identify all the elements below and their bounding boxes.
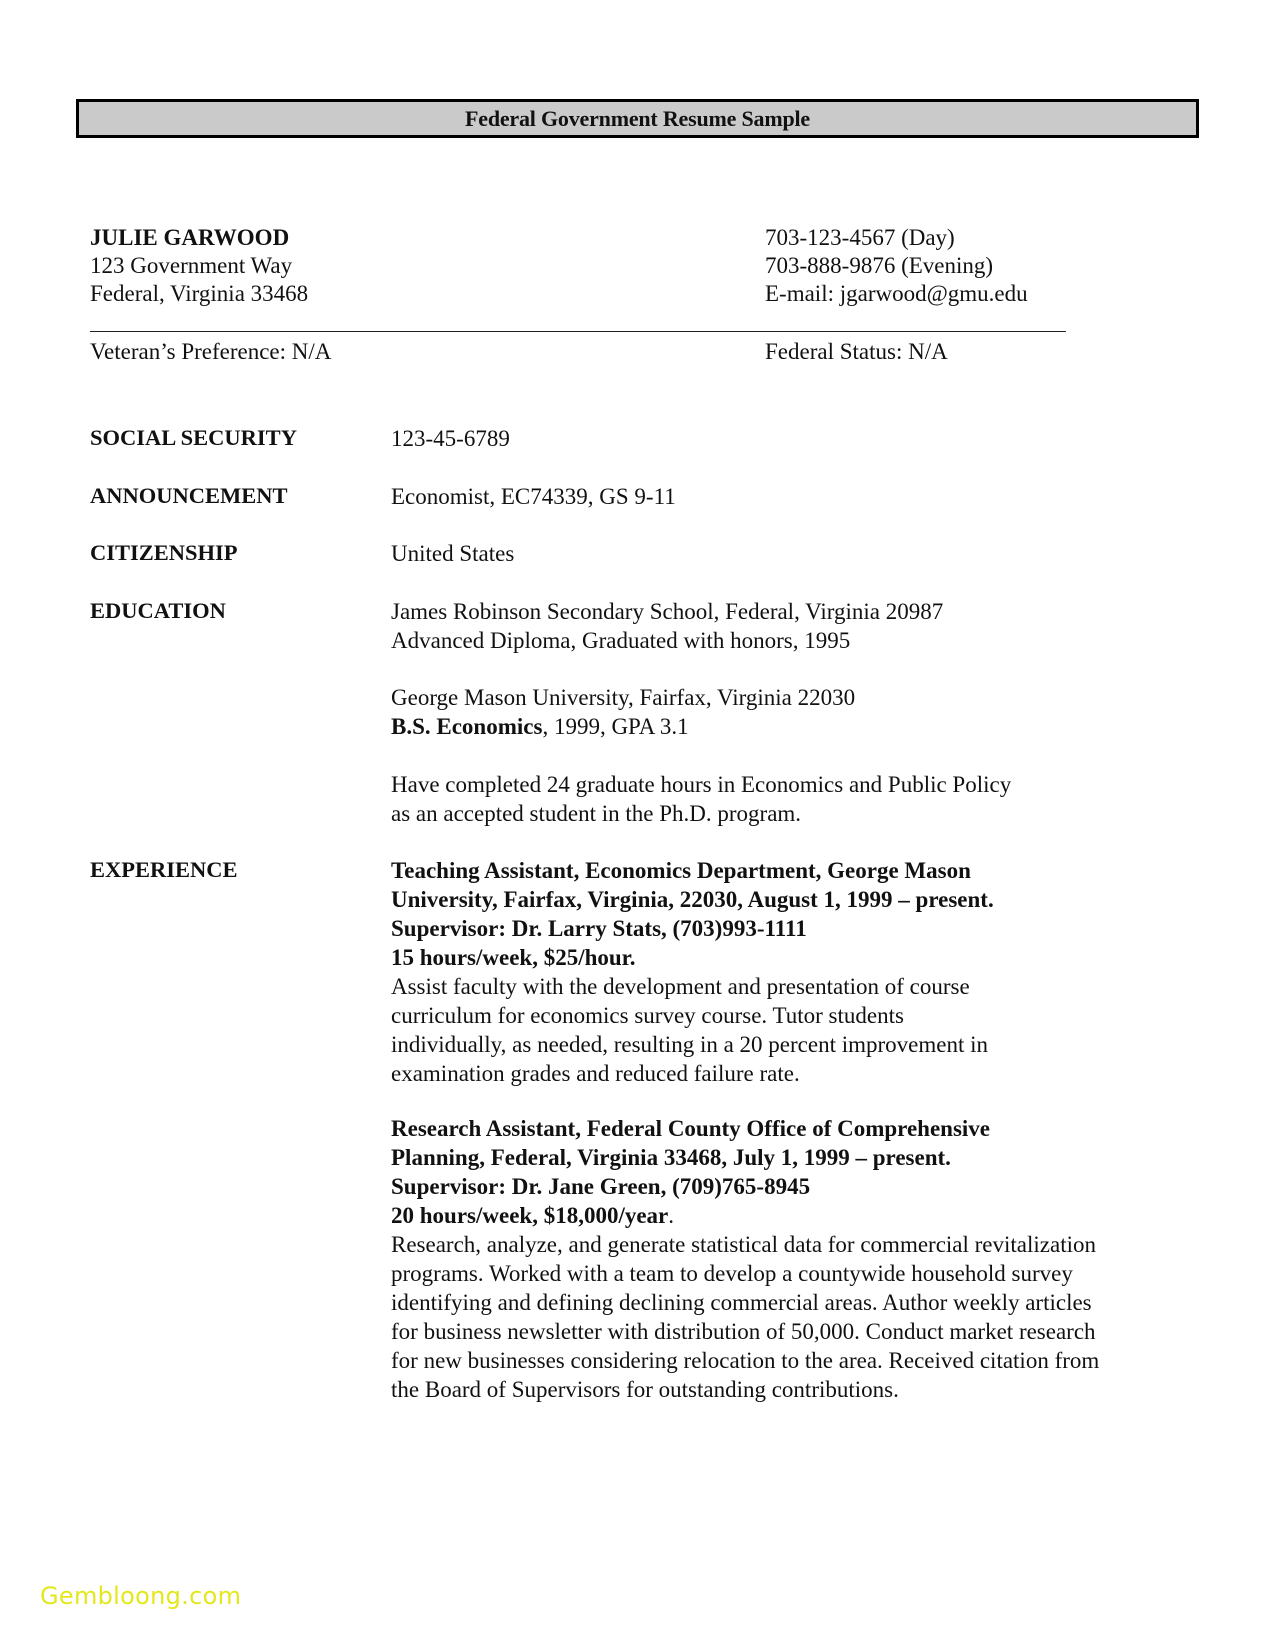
school-2-name: George Mason University, Fairfax, Virgin… [391, 683, 855, 712]
experience-job-1: Teaching Assistant, Economics Department… [391, 856, 994, 1088]
job-1-desc-line: curriculum for economics survey course. … [391, 1001, 994, 1030]
job-2-hours-line: 20 hours/week, $18,000/year. [391, 1201, 1099, 1230]
job-2-title-line-1: Research Assistant, Federal County Offic… [391, 1114, 1099, 1143]
job-1-supervisor: Supervisor: Dr. Larry Stats, (703)993-11… [391, 914, 994, 943]
phone-evening: 703-888-9876 (Evening) [765, 252, 993, 280]
applicant-name: JULIE GARWOOD [90, 224, 289, 252]
job-1-desc-line: Assist faculty with the development and … [391, 972, 994, 1001]
federal-status: Federal Status: N/A [765, 338, 948, 366]
school-1-diploma: Advanced Diploma, Graduated with honors,… [391, 626, 943, 655]
school-2-degree-line: B.S. Economics, 1999, GPA 3.1 [391, 712, 855, 741]
job-2-desc-line: Research, analyze, and generate statisti… [391, 1230, 1099, 1259]
job-1-hours: 15 hours/week, $25/hour. [391, 943, 994, 972]
experience-job-2: Research Assistant, Federal County Offic… [391, 1114, 1099, 1404]
job-2-hours-suffix: . [668, 1203, 674, 1228]
job-2-desc-line: the Board of Supervisors for outstanding… [391, 1375, 1099, 1404]
education-entry-1: James Robinson Secondary School, Federal… [391, 597, 943, 655]
phone-day: 703-123-4567 (Day) [765, 224, 955, 252]
job-1-title-line-1: Teaching Assistant, Economics Department… [391, 856, 994, 885]
education-entry-graduate: Have completed 24 graduate hours in Econ… [391, 770, 1011, 828]
school-2-degree: B.S. Economics [391, 714, 542, 739]
job-2-hours: 20 hours/week, $18,000/year [391, 1203, 668, 1228]
school-2-details: , 1999, GPA 3.1 [542, 714, 688, 739]
job-1-title-line-2: University, Fairfax, Virginia, 22030, Au… [391, 885, 994, 914]
job-1-desc-line: individually, as needed, resulting in a … [391, 1030, 994, 1059]
social-security-label: SOCIAL SECURITY [90, 425, 297, 451]
experience-label: EXPERIENCE [90, 857, 238, 883]
job-2-supervisor: Supervisor: Dr. Jane Green, (709)765-894… [391, 1172, 1099, 1201]
watermark-logo: Gembloong.com [40, 1582, 241, 1610]
graduate-line-1: Have completed 24 graduate hours in Econ… [391, 770, 1011, 799]
graduate-line-2: as an accepted student in the Ph.D. prog… [391, 799, 1011, 828]
education-entry-2: George Mason University, Fairfax, Virgin… [391, 683, 855, 741]
citizenship-label: CITIZENSHIP [90, 540, 238, 566]
job-2-desc-line: for new businesses considering relocatio… [391, 1346, 1099, 1375]
job-2-title-line-2: Planning, Federal, Virginia 33468, July … [391, 1143, 1099, 1172]
job-2-desc-line: identifying and defining declining comme… [391, 1288, 1099, 1317]
divider-line [90, 331, 1066, 332]
school-1-name: James Robinson Secondary School, Federal… [391, 597, 943, 626]
education-label: EDUCATION [90, 598, 226, 624]
job-1-desc-line: examination grades and reduced failure r… [391, 1059, 994, 1088]
announcement-value: Economist, EC74339, GS 9-11 [391, 482, 676, 511]
document-title: Federal Government Resume Sample [79, 106, 1196, 132]
address-line-2: Federal, Virginia 33468 [90, 280, 308, 308]
announcement-label: ANNOUNCEMENT [90, 483, 288, 509]
citizenship-value: United States [391, 539, 514, 568]
job-2-desc-line: for business newsletter with distributio… [391, 1317, 1099, 1346]
social-security-value: 123-45-6789 [391, 424, 510, 453]
job-2-desc-line: programs. Worked with a team to develop … [391, 1259, 1099, 1288]
address-line-1: 123 Government Way [90, 252, 292, 280]
veterans-preference: Veteran’s Preference: N/A [90, 338, 331, 366]
email: E-mail: jgarwood@gmu.edu [765, 280, 1028, 308]
title-banner: Federal Government Resume Sample [76, 99, 1199, 138]
